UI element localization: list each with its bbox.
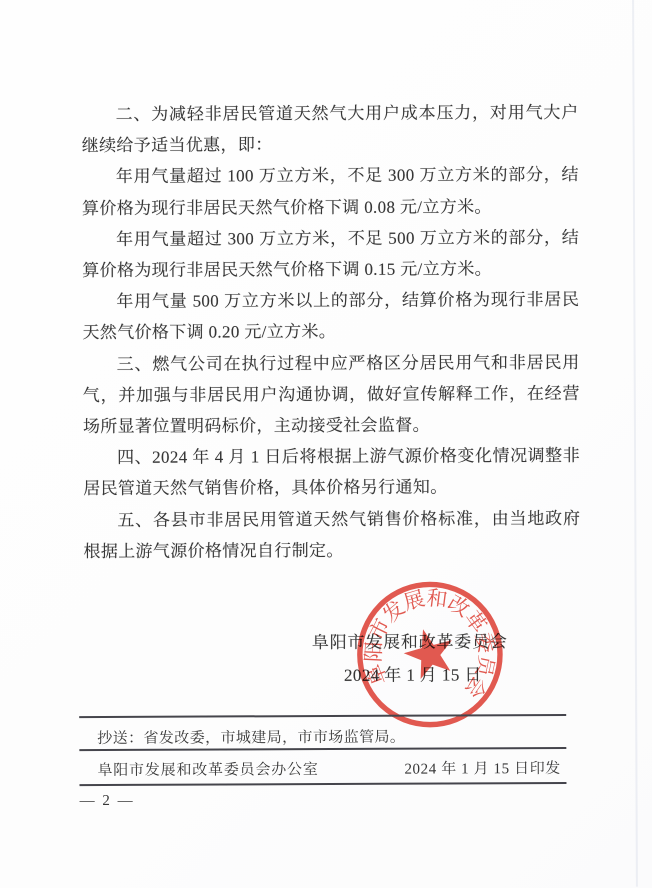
star-icon <box>399 623 460 682</box>
issuing-office: 阜阳市发展和改革委员会办公室 <box>97 758 318 780</box>
document-page: 二、为减轻非居民管道天然气大用户成本压力，对用气大户继续给予适当优惠，即： 年用… <box>0 0 652 888</box>
scanned-content: 二、为减轻非居民管道天然气大用户成本压力，对用气大户继续给予适当优惠，即： 年用… <box>0 0 652 888</box>
body-paragraph: 年用气量超过 300 万立方米，不足 500 万立方米的部分，结算价格为现行非居… <box>82 222 579 287</box>
scan-edge-artifact <box>632 0 638 887</box>
official-seal-stamp: 阜阳市发展和改革委员会 <box>353 577 508 732</box>
seal-text: 阜阳市发展和改革委员会 <box>357 579 506 705</box>
print-date: 2024 年 1 月 15 日印发 <box>404 757 561 779</box>
body-paragraph: 二、为减轻非居民管道天然气大用户成本压力，对用气大户继续给予适当优惠，即： <box>81 97 578 162</box>
body-paragraph: 五、各县市非居民用管道天然气销售价格标准，由当地政府根据上游气源价格情况自行制定… <box>83 503 580 568</box>
seal-text-curve: 阜阳市发展和改革委员会 <box>357 579 506 705</box>
document-body: 二、为减轻非居民管道天然气大用户成本压力，对用气大户继续给予适当优惠，即： 年用… <box>81 97 580 567</box>
body-paragraph: 四、2024 年 4 月 1 日后将根据上游气源价格变化情况调整非居民管道天然气… <box>83 440 580 505</box>
footer-divider-bottom <box>79 782 566 786</box>
cc-line: 抄送：省发改委，市城建局，市市场监管局。 <box>97 726 405 748</box>
body-paragraph: 年用气量 500 万立方米以上的部分，结算价格为现行非居民天然气价格下调 0.2… <box>82 284 579 349</box>
body-paragraph: 年用气量超过 100 万立方米，不足 300 万立方米的部分，结算价格为现行非居… <box>82 159 579 224</box>
page-number: — 2 — <box>80 793 135 810</box>
body-paragraph: 三、燃气公司在执行过程中应严格区分居民用气和非居民用气，并加强与非居民用户沟通协… <box>83 347 580 443</box>
